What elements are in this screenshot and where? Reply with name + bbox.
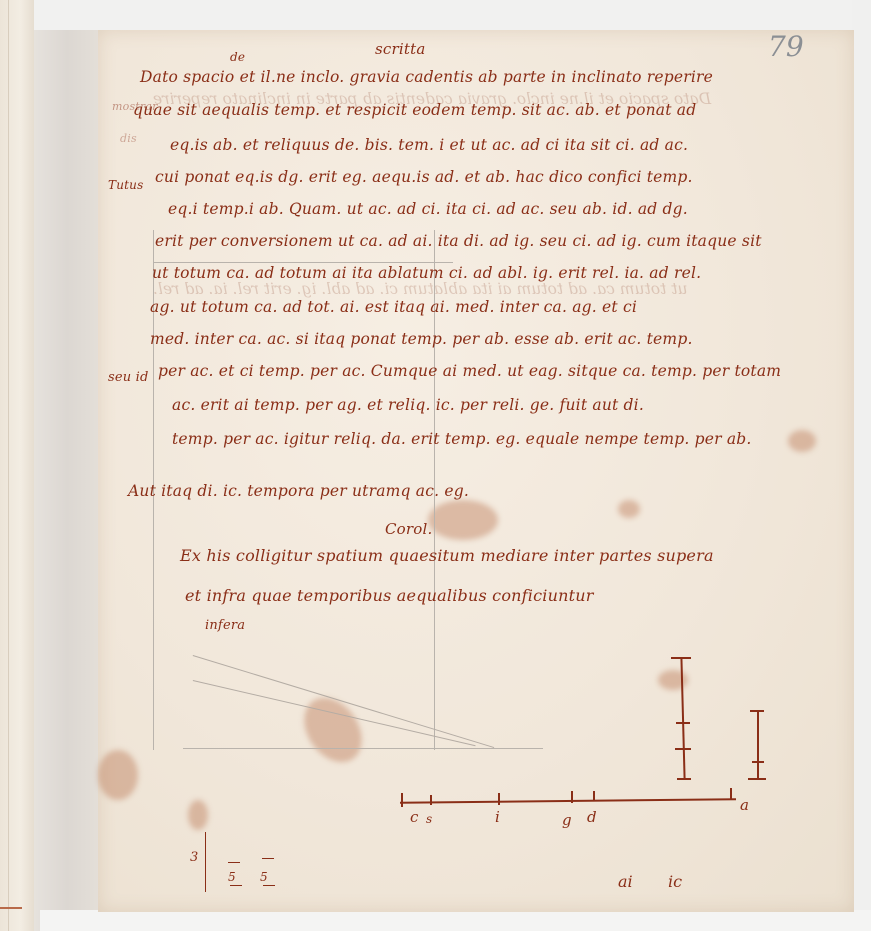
point-label-g: g: [562, 811, 572, 829]
fraction-bar: [205, 832, 206, 892]
text-line-6: erit per conversionem ut ca. ad ai. ita …: [155, 232, 762, 250]
bottom-label-ic: ic: [668, 872, 682, 891]
text-line-11: ac. erit ai temp. per ag. et reliq. ic. …: [172, 396, 644, 414]
bleed-through-text: ut totum ca. ad totum ai ita ablatum ci.…: [153, 280, 687, 298]
text-line-8: ag. ut totum ca. ad tot. ai. est itaq ai…: [150, 298, 637, 316]
fraction-stroke: [230, 885, 242, 886]
fraction-stroke: [263, 885, 275, 886]
margin-note: Tutus: [108, 178, 143, 192]
corollary-line-2: et infra quae temporibus aequalibus conf…: [185, 586, 594, 605]
header-insert: scritta: [375, 40, 425, 58]
segment-cap: [750, 710, 764, 712]
ink-mark: [0, 907, 22, 909]
stain: [658, 670, 688, 690]
margin-note: seu id: [108, 370, 149, 385]
text-line-1: Dato spacio et il.ne inclo. gravia caden…: [140, 68, 713, 86]
background-top: [34, 0, 871, 30]
pencil-baseline: [183, 748, 543, 749]
segment-cap: [671, 657, 691, 659]
tick: [401, 793, 403, 807]
tick: [498, 793, 500, 805]
fraction-fragment: 5: [260, 870, 268, 884]
tick: [571, 791, 573, 803]
vertical-segment-short: [757, 710, 759, 778]
text-line-3: eq.is ab. et reliquus de. bis. tem. i et…: [170, 136, 688, 154]
fraction-fragment: 3: [190, 850, 198, 865]
text-line-5: eq.i temp.i ab. Quam. ut ac. ad ci. ita …: [168, 200, 688, 218]
margin-note: dis: [120, 132, 137, 145]
segment-tick: [752, 761, 764, 763]
point-label-c: c: [410, 808, 418, 826]
stain: [188, 800, 208, 830]
point-label-s: s: [426, 812, 432, 826]
text-line-4: cui ponat eq.is dg. erit eg. aequ.is ad.…: [155, 168, 693, 186]
bottom-label-ai: ai: [618, 872, 633, 891]
text-line-10: per ac. et ci temp. per ac. Cumque ai me…: [158, 362, 781, 380]
stain: [618, 500, 640, 518]
text-line-2: quae sit aequalis temp. et respicit eode…: [133, 101, 696, 119]
corollary-heading: Corol.: [385, 520, 432, 538]
stain: [788, 430, 816, 452]
tick: [593, 791, 595, 801]
segment-tick: [675, 748, 691, 750]
corollary-insert: infera: [205, 618, 245, 633]
stain: [292, 687, 373, 773]
text-line-12: temp. per ac. igitur reliq. da. erit tem…: [172, 430, 752, 448]
point-label-a: a: [740, 796, 749, 814]
text-line-7: ut totum ca. ad totum ai ita ablatum ci.…: [152, 264, 701, 282]
fraction-fragment: 5: [228, 870, 236, 884]
folio-number: 79: [768, 30, 804, 63]
text-line-9: med. inter ca. ac. si itaq ponat temp. p…: [150, 330, 693, 348]
adjacent-folio-edge: [0, 0, 34, 931]
manuscript-page: Dato spacio et il.ne inclo. gravia caden…: [98, 30, 854, 912]
point-label-i: i: [495, 808, 500, 826]
background-bottom: [40, 910, 871, 931]
segment-cap: [748, 778, 766, 780]
tick: [430, 795, 432, 805]
pencil-rule: [153, 262, 453, 263]
mount-backing: [34, 0, 100, 931]
segment-cap: [677, 778, 691, 780]
background-right: [852, 0, 871, 931]
stain: [98, 750, 138, 800]
fraction-stroke: [228, 862, 240, 863]
fraction-stroke: [262, 858, 274, 859]
text-line-13: Aut itaq di. ic. tempora per utramq ac. …: [128, 482, 469, 500]
folio-edge-line: [8, 0, 9, 931]
margin-note: mostrar: [112, 100, 158, 113]
point-label-d: d: [587, 808, 597, 826]
tick: [730, 788, 732, 800]
corollary-line-1: Ex his colligitur spatium quaesitum medi…: [180, 546, 714, 565]
stain: [428, 500, 498, 540]
segment-tick: [676, 722, 690, 724]
superscript-insert: de: [230, 50, 245, 64]
